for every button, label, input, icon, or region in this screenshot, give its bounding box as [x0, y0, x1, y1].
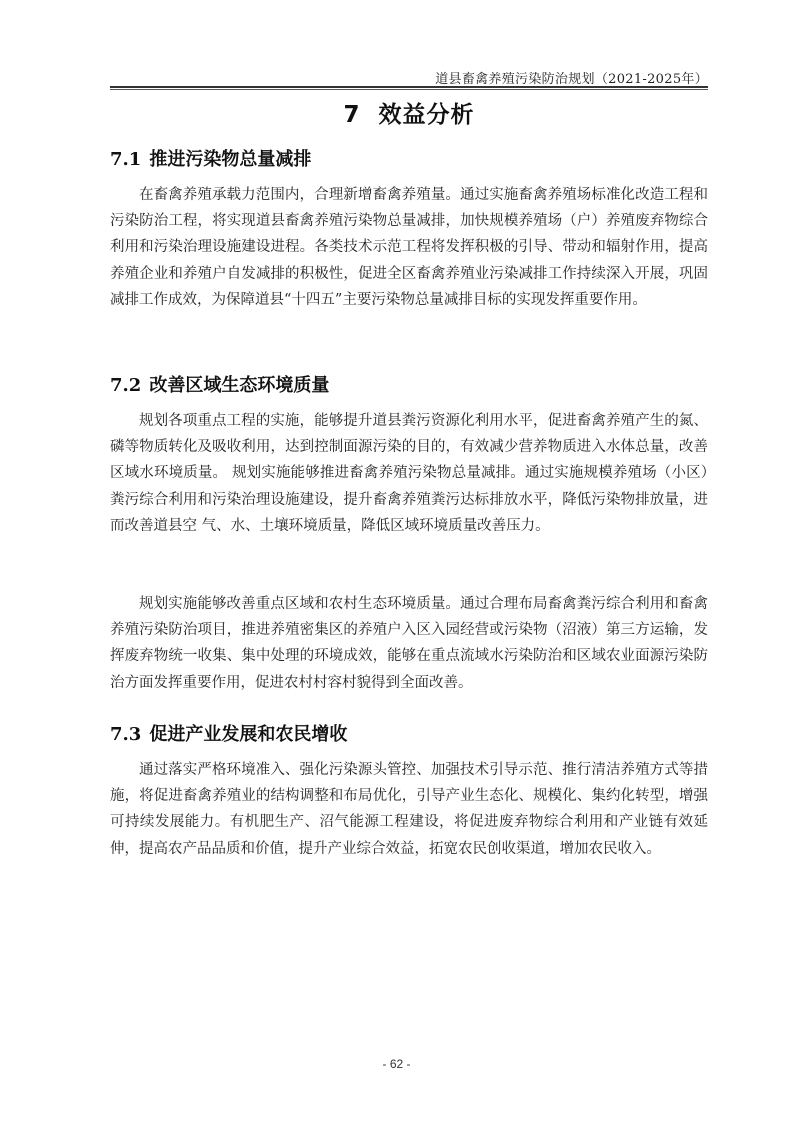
paragraph: 规划各项重点工程的实施，能够提升道县粪污资源化利用水平，促进畜禽养殖产生的氮、磷… [110, 408, 708, 539]
paragraph: 在畜禽养殖承载力范围内，合理新增畜禽养殖量。通过实施畜禽养殖场标准化改造工程和污… [110, 182, 708, 313]
chapter-number: 7 [343, 102, 360, 128]
section-number: 7.2 [110, 375, 141, 396]
section-title-text: 促进产业发展和农民增收 [149, 724, 347, 745]
document-page: 道县畜禽养殖污染防治规划（2021-2025年） 7 效益分析 7.1推进污染物… [0, 0, 793, 1122]
section-title-text: 改善区域生态环境质量 [149, 375, 329, 396]
section-number: 7.3 [110, 724, 141, 745]
section-heading-7-1: 7.1推进污染物总量减排 [110, 145, 708, 171]
running-header: 道县畜禽养殖污染防治规划（2021-2025年） [110, 68, 708, 87]
page-number: - 62 - [0, 1057, 793, 1071]
chapter-title: 7 效益分析 [110, 96, 708, 129]
section-heading-7-2: 7.2改善区域生态环境质量 [110, 371, 708, 397]
section-number: 7.1 [110, 149, 141, 170]
section-title-text: 推进污染物总量减排 [149, 149, 311, 170]
paragraph: 规划实施能够改善重点区域和农村生态环境质量。通过合理布局畜禽粪污综合利用和畜禽养… [110, 591, 708, 696]
section-heading-7-3: 7.3促进产业发展和农民增收 [110, 720, 708, 746]
chapter-title-text: 效益分析 [379, 102, 475, 128]
paragraph: 通过落实严格环境准入、强化污染源头管控、加强技术引导示范、推行清洁养殖方式等措施… [110, 757, 708, 862]
header-rule [110, 86, 708, 90]
